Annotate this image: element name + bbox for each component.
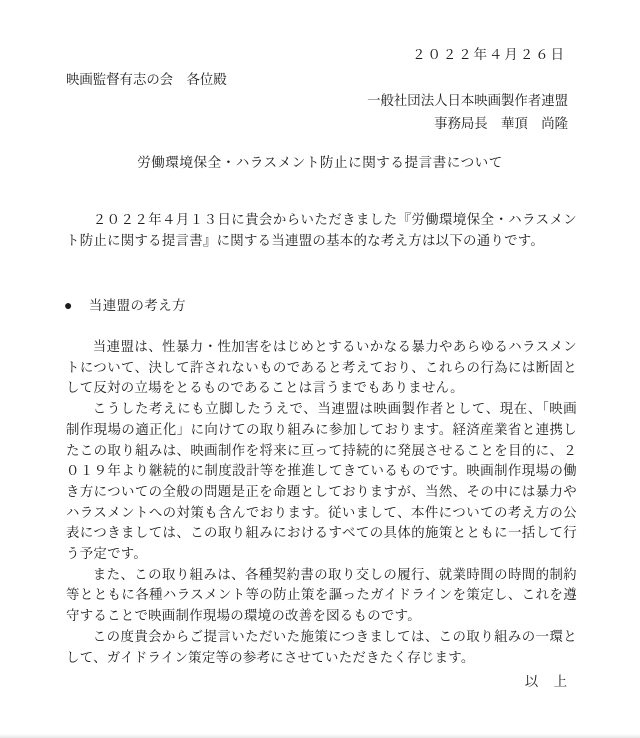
body-paragraph: 当連盟は、性暴力・性加害をはじめとするいかなる暴力やあらゆるハラスメントについて… [66,337,577,399]
section-heading-text: 当連盟の考え方 [89,298,186,313]
document-title: 労働環境保全・ハラスメント防止に関する提言書について [0,151,640,171]
closing-word: 以 上 [525,671,568,690]
document-page: ２０２２年４月２６日 映画監督有志の会 各位殿 一般社団法人日本映画製作者連盟 … [0,0,640,738]
recipient-line: 映画監督有志の会 各位殿 [66,69,227,88]
bullet-icon: ● [64,299,73,315]
sender-organization: 一般社団法人日本映画製作者連盟 [367,90,568,113]
body-paragraph: この度貴会からご提言いただいた施策につきましては、この取り組みの一環として、ガイ… [66,627,577,668]
sender-person: 事務局長 華頂 尚隆 [367,113,568,136]
sender-block: 一般社団法人日本映画製作者連盟 事務局長 華頂 尚隆 [367,90,568,135]
intro-paragraph: ２０２２年４月１３日に貴会からいただきました『労働環境保全・ハラスメント防止に関… [66,210,577,251]
section-heading: ● 当連盟の考え方 [64,295,186,315]
body-paragraph: また、この取り組みは、各種契約書の取り交しの履行、就業時間の時間的制約等とともに… [66,565,577,627]
body-block: 当連盟は、性暴力・性加害をはじめとするいかなる暴力やあらゆるハラスメントについて… [66,337,577,668]
scan-edge-artifact [0,734,640,738]
document-date: ２０２２年４月２６日 [412,44,566,63]
body-paragraph: こうした考えにも立脚したうえで、当連盟は映画製作者として、現在、「映画制作現場の… [66,399,577,565]
